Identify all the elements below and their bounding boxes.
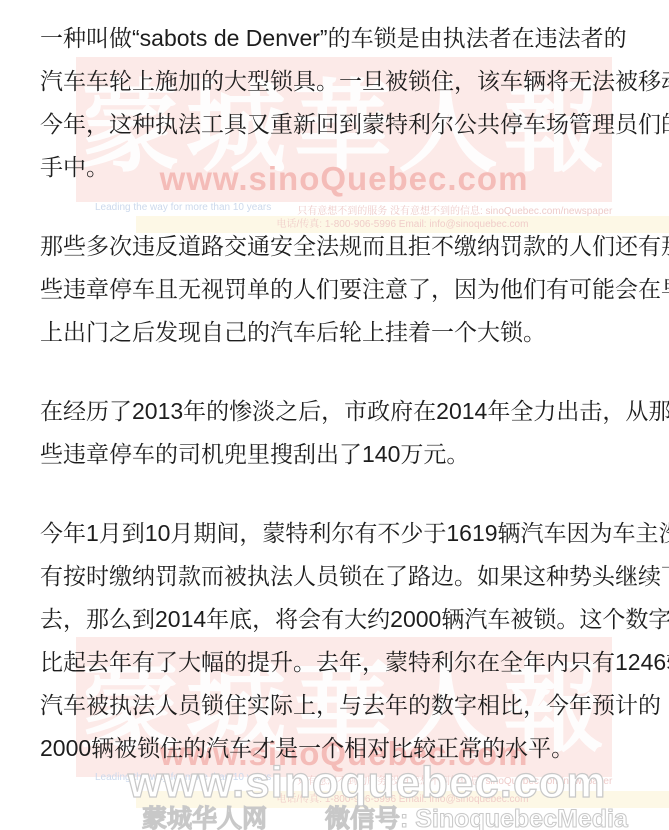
- footer-site-name: 蒙城华人网: [142, 799, 267, 830]
- text-line: 在经历了2013年的惨淡之后，市政府在2014年全力出击，从那: [40, 390, 640, 433]
- paragraph-1: 一种叫做“sabots de Denver”的车锁是由执法者在违法者的 汽车车轮…: [40, 17, 640, 189]
- text-line: 汽车被执法人员锁住实际上，与去年的数字相比，今年预计的: [40, 684, 640, 727]
- paragraph-3: 在经历了2013年的惨淡之后，市政府在2014年全力出击，从那 些违章停车的司机…: [40, 390, 640, 476]
- text-line: 些违章停车且无视罚单的人们要注意了，因为他们有可能会在早: [40, 268, 640, 311]
- text-line: 比起去年有了大幅的提升。去年，蒙特利尔在全年内只有1246辆: [40, 641, 640, 684]
- text-line: 一种叫做“sabots de Denver”的车锁是由执法者在违法者的: [40, 17, 640, 60]
- text-line: 些违章停车的司机兜里搜刮出了140万元。: [40, 433, 640, 476]
- article-body: 一种叫做“sabots de Denver”的车锁是由执法者在违法者的 汽车车轮…: [40, 17, 640, 770]
- text-line: 上出门之后发现自己的汽车后轮上挂着一个大锁。: [40, 311, 640, 354]
- text-line: 汽车车轮上施加的大型锁具。一旦被锁住，该车辆将无法被移动。: [40, 60, 640, 103]
- footer-wechat-id: 微信号: SinoquebecMedia: [325, 799, 628, 830]
- text-line: 今年，这种执法工具又重新回到蒙特利尔公共停车场管理员们的: [40, 103, 640, 146]
- text-line: 有按时缴纳罚款而被执法人员锁在了路边。如果这种势头继续下: [40, 555, 640, 598]
- text-line: 手中。: [40, 146, 640, 189]
- article-page: 蒙城華人報 www.sinoQuebec.com Leading the way…: [0, 0, 669, 830]
- paragraph-2: 那些多次违反道路交通安全法规而且拒不缴纳罚款的人们还有那 些违章停车且无视罚单的…: [40, 225, 640, 354]
- footer-watermark-line: 蒙城华人网 微信号: SinoquebecMedia: [142, 799, 628, 830]
- text-line: 那些多次违反道路交通安全法规而且拒不缴纳罚款的人们还有那: [40, 225, 640, 268]
- paragraph-4: 今年1月到10月期间，蒙特利尔有不少于1619辆汽车因为车主没 有按时缴纳罚款而…: [40, 512, 640, 770]
- text-line: 去，那么到2014年底，将会有大约2000辆汽车被锁。这个数字: [40, 598, 640, 641]
- text-line: 今年1月到10月期间，蒙特利尔有不少于1619辆汽车因为车主没: [40, 512, 640, 555]
